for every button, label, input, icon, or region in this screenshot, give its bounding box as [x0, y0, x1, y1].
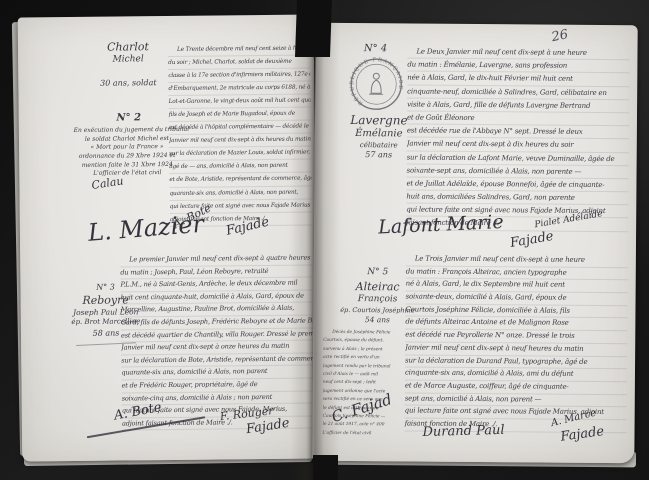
marginal-note-line: L'officier de l'état civil [322, 429, 416, 438]
death-act-entry-4-text: Le Deux Janvier mil neuf cent dix-sept à… [406, 45, 629, 231]
binding-gap-bottom [313, 455, 338, 480]
signature-durand: Durand Paul [422, 423, 504, 440]
right-page: 26 N° 4 RÉPUBLIQUE FRANÇAISE Lavergne Ém… [312, 23, 637, 464]
signature-fajade-paraph: Fajade [509, 229, 555, 251]
marianne-figure-icon [369, 73, 383, 94]
marginal-note-line: acte rectifié en vertu d'un [323, 354, 417, 363]
death-act-entry-2-text: Le Trente décembre mil neuf cent seize à… [168, 43, 312, 227]
left-page: Charlot Michel 30 ans, soldat N° 2 En ex… [18, 14, 319, 461]
act-number-entry-4: N° 4 [335, 43, 415, 55]
signature-lafont: Lafont Marie [378, 211, 504, 239]
death-act-entry-5-text: Le Trois Janvier mil neuf cent dix-sept … [405, 253, 628, 432]
act-number-entry-5: N° 5 [348, 267, 408, 277]
republique-francaise-stamp: RÉPUBLIQUE FRANÇAISE [349, 57, 403, 111]
binding-gap-top [295, 0, 332, 57]
folio-number: 26 [550, 27, 569, 45]
